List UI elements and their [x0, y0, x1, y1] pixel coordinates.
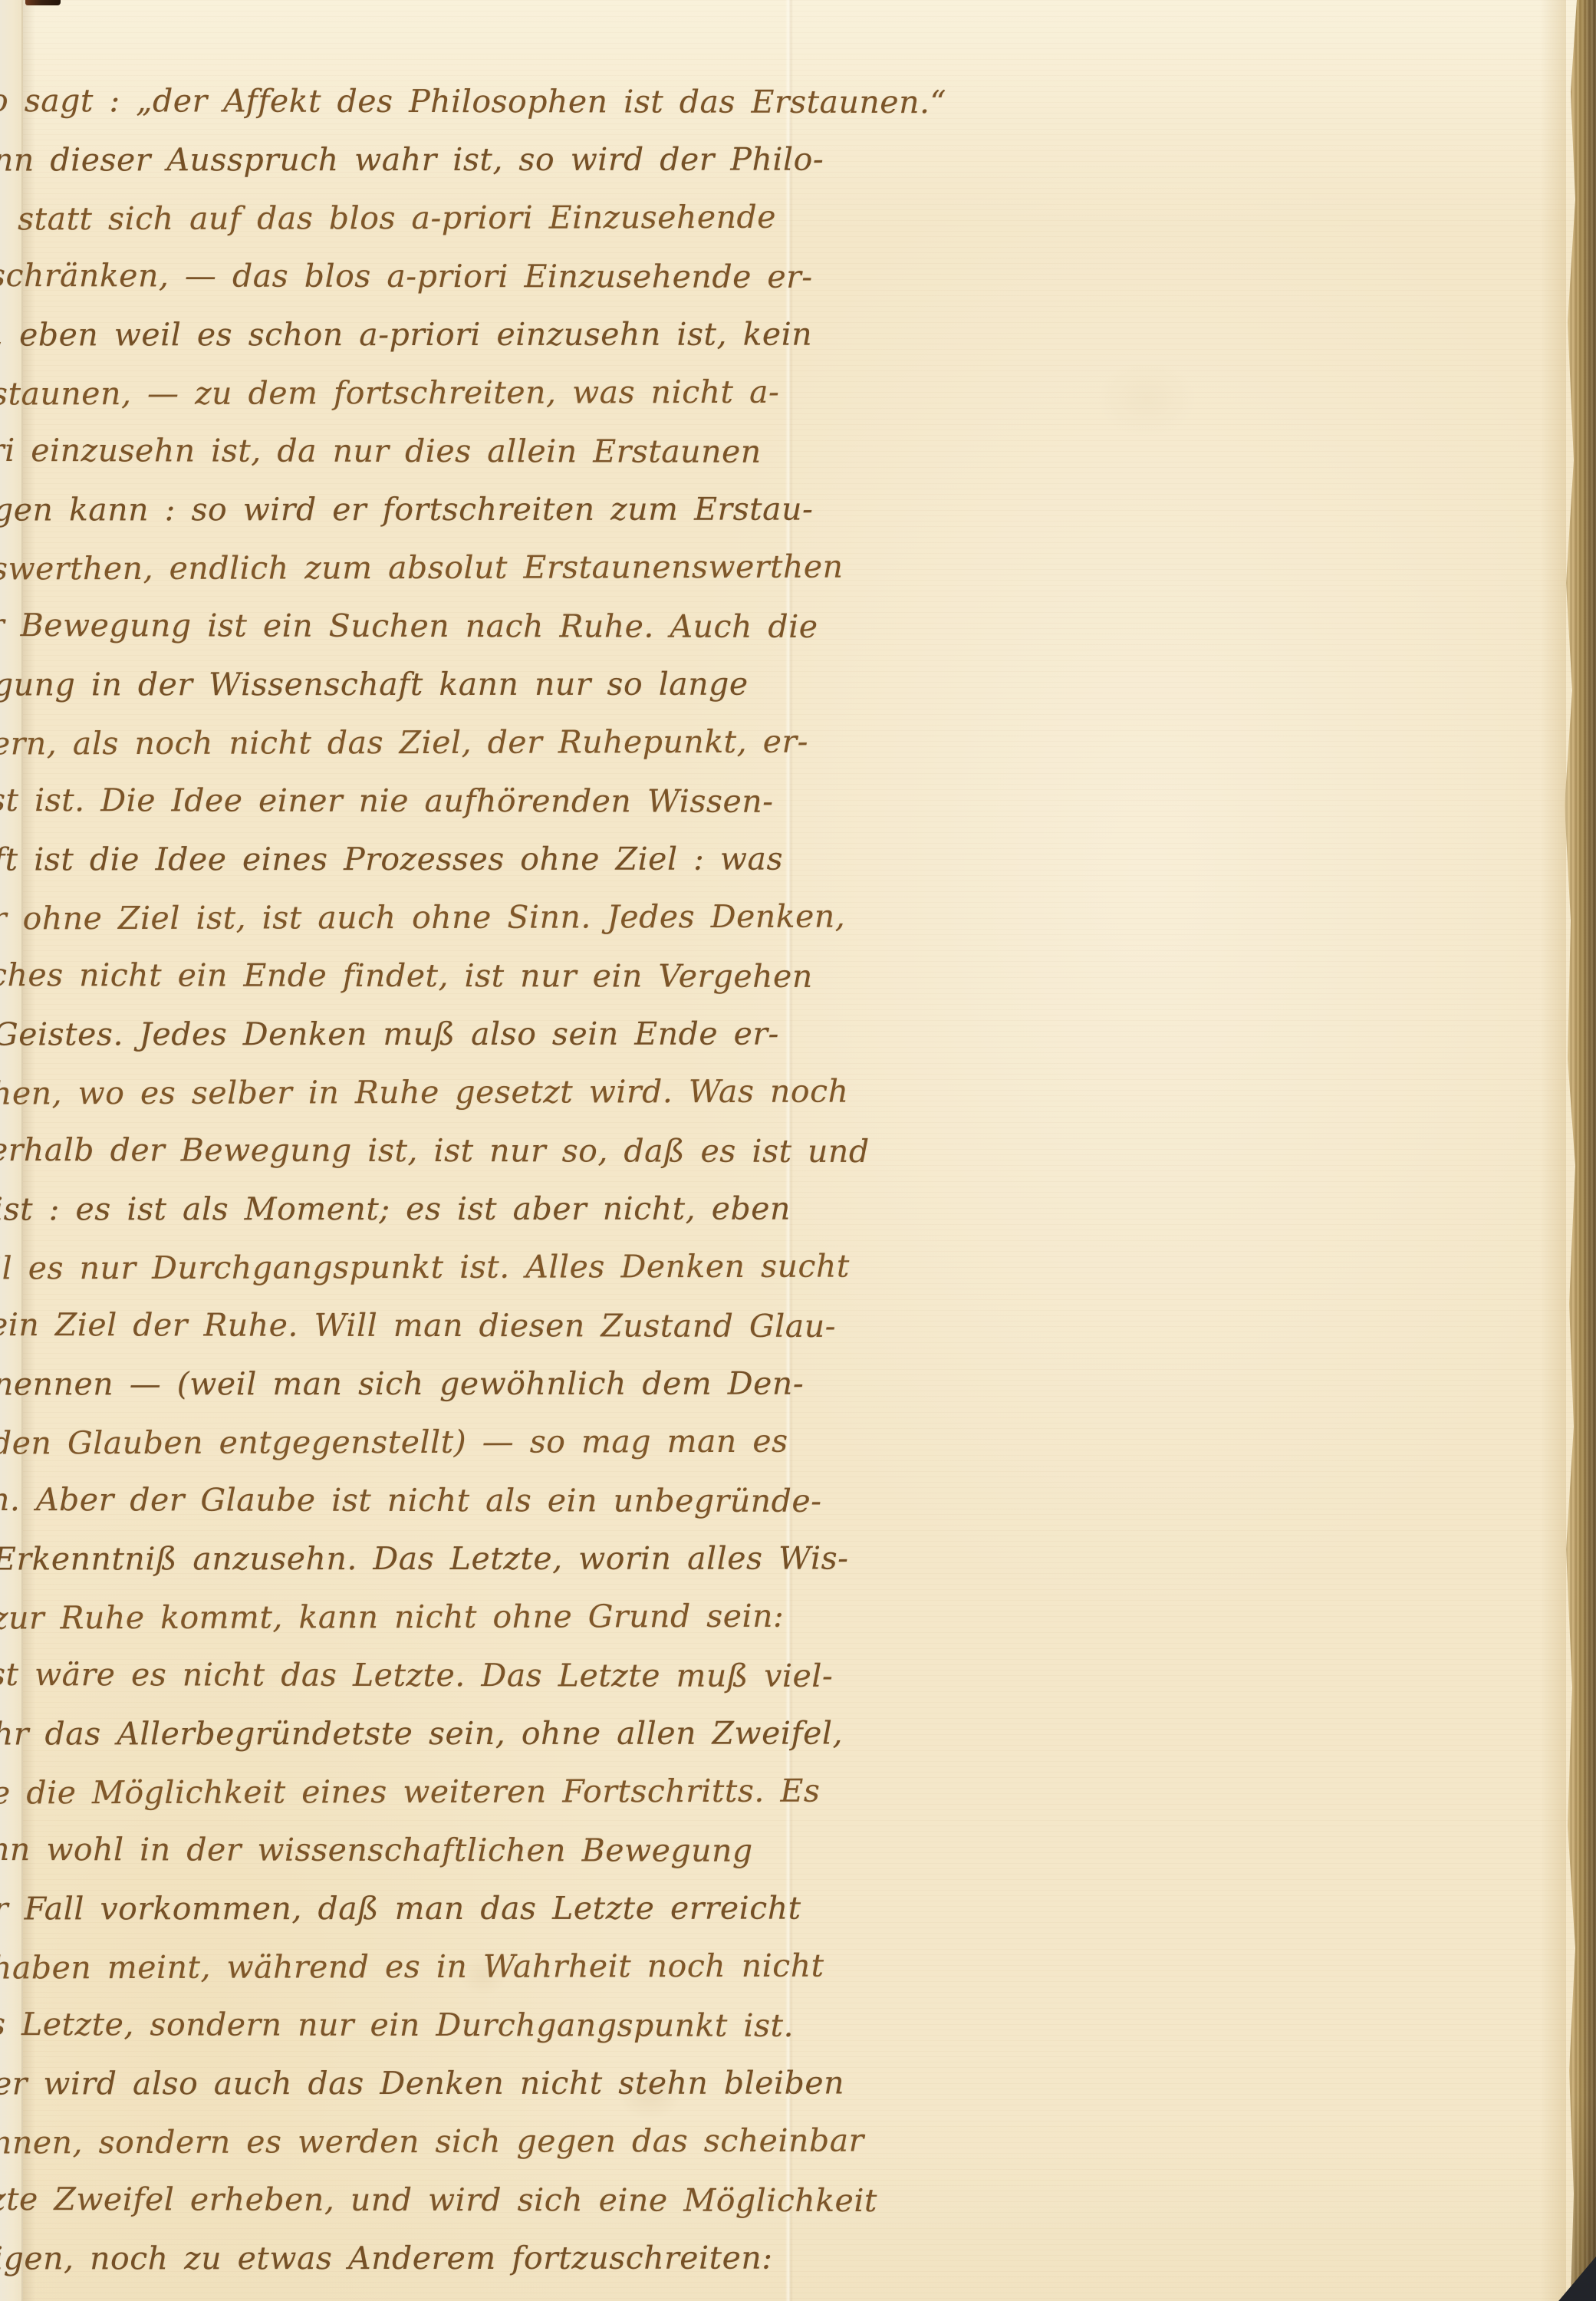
manuscript-line: ft ist die Idee eines Prozesses ohne Zie…: [0, 830, 852, 889]
manuscript-line: r Fall vorkommen, daß man das Letzte err…: [0, 1879, 852, 1938]
deckle-edge-fade: [1540, 0, 1566, 2301]
manuscript-line: ist : es ist als Moment; es ist aber nic…: [0, 1180, 852, 1239]
manuscript-line: nennen — (weil man sich gewöhnlich dem D…: [0, 1355, 852, 1414]
manuscript-line: swerthen, endlich zum absolut Erstaunens…: [0, 538, 851, 598]
manuscript-line: staunen, — zu dem fortschreiten, was nic…: [0, 363, 851, 423]
manuscript-line: ri einzusehn ist, da nur dies allein Ers…: [0, 421, 848, 481]
manuscript-line: s Letzte, sondern nur ein Durchgangspunk…: [0, 1995, 848, 2055]
manuscript-line: gung in der Wissenschaft kann nur so lan…: [0, 655, 852, 714]
stain: [1097, 360, 1196, 437]
manuscript-line: zur Ruhe kommt, kann nicht ohne Grund se…: [0, 1587, 851, 1648]
manuscript-line: hr das Allerbegründetste sein, ohne alle…: [0, 1704, 852, 1763]
manuscript-line: ches nicht ein Ende findet, ist nur ein …: [0, 946, 848, 1006]
binding-remnant-mark: [25, 0, 61, 5]
manuscript-line: il es nur Durchgangspunkt ist. Alles Den…: [0, 1237, 851, 1298]
manuscript-line: ern, als noch nicht das Ziel, der Ruhepu…: [0, 713, 851, 773]
manuscript-line: schränken, — das blos a-priori Einzusehe…: [0, 246, 848, 306]
manuscript-line: ein Ziel der Ruhe. Will man diesen Zusta…: [0, 1295, 848, 1355]
manuscript-line: r Bewegung ist ein Suchen nach Ruhe. Auc…: [0, 596, 848, 656]
manuscript-line: nnen, sondern es werden sich gegen das s…: [0, 2112, 851, 2172]
manuscript-line: Erkenntniß anzusehn. Das Letzte, worin a…: [0, 1529, 852, 1588]
manuscript-line: e die Möglichkeit eines weiteren Fortsch…: [0, 1762, 851, 1822]
manuscript-line: r ohne Ziel ist, ist auch ohne Sinn. Jed…: [0, 887, 851, 948]
manuscript-line: gen kann : so wird er fortschreiten zum …: [0, 480, 852, 539]
manuscript-line: , eben weil es schon a-priori einzusehn …: [0, 305, 852, 364]
manuscript-page-scan: o sagt : „der Affekt des Philosophen ist…: [0, 0, 1596, 2301]
manuscript-line: st ist. Die Idee einer nie aufhörenden W…: [0, 771, 848, 831]
manuscript-line: er wird also auch das Denken nicht stehn…: [0, 2054, 852, 2113]
manuscript-line: den Glauben entgegenstellt) — so mag man…: [0, 1412, 851, 1473]
manuscript-line: zte Zweifel erheben, und wird sich eine …: [0, 2170, 848, 2230]
manuscript-line: hen, wo es selber in Ruhe gesetzt wird. …: [0, 1062, 851, 1123]
manuscript-line: , statt sich auf das blos a-priori Einzu…: [0, 188, 851, 249]
handwriting-block: o sagt : „der Affekt des Philosophen ist…: [0, 72, 848, 2287]
manuscript-line: st wäre es nicht das Letzte. Das Letzte …: [0, 1645, 848, 1705]
manuscript-line: erhalb der Bewegung ist, ist nur so, daß…: [0, 1121, 848, 1180]
manuscript-line: n. Aber der Glaube ist nicht als ein unb…: [0, 1470, 848, 1530]
manuscript-line: Geistes. Jedes Denken muß also sein Ende…: [0, 1005, 852, 1064]
manuscript-line: o sagt : „der Affekt des Philosophen ist…: [0, 71, 848, 131]
manuscript-line: nn dieser Ausspruch wahr ist, so wird de…: [0, 130, 852, 189]
manuscript-line: igen, noch zu etwas Anderem fortzuschrei…: [0, 2229, 852, 2288]
manuscript-line: nn wohl in der wissenschaftlichen Bewegu…: [0, 1820, 848, 1880]
manuscript-line: haben meint, während es in Wahrheit noch…: [0, 1937, 851, 1997]
